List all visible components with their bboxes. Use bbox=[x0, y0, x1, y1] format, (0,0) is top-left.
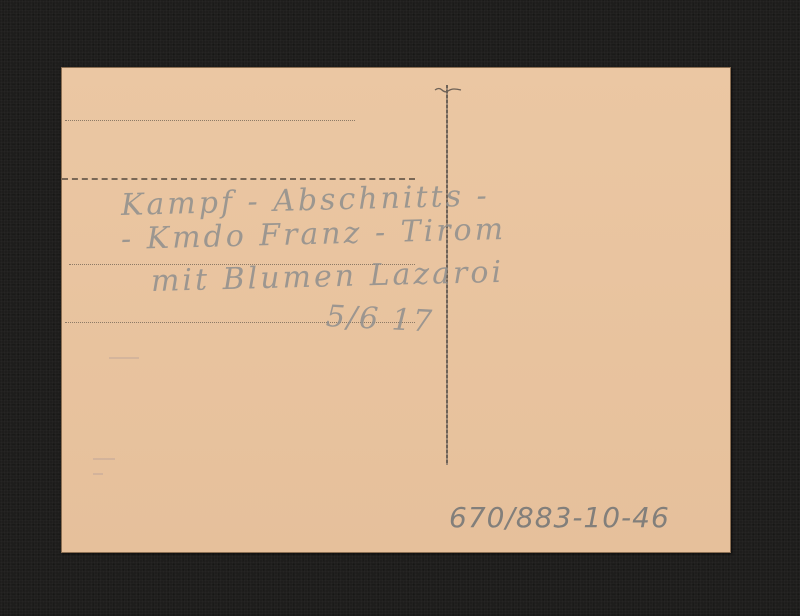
faint-mark bbox=[93, 458, 115, 460]
postcard-back: Kampf - Abschnitts - - Kmdo Franz - Tiro… bbox=[61, 67, 731, 553]
handwritten-date: 5/6 17 bbox=[325, 299, 435, 340]
address-line-2 bbox=[62, 178, 415, 180]
address-line-1 bbox=[65, 120, 355, 121]
handwritten-line-3: mit Blumen Lazaroi bbox=[151, 255, 505, 299]
archive-number: 670/883-10-46 bbox=[449, 501, 670, 534]
divider-ornament bbox=[434, 79, 462, 87]
faint-mark bbox=[93, 473, 103, 475]
faint-mark bbox=[109, 357, 139, 359]
